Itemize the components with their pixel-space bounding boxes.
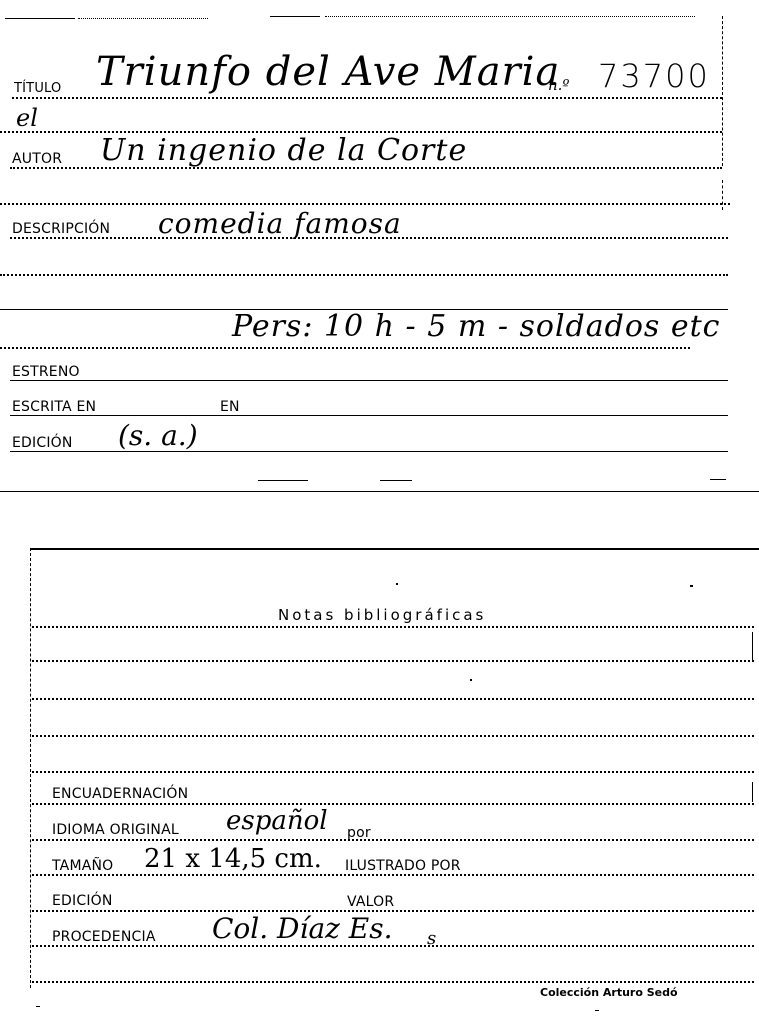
tamano-label: Tamaño bbox=[52, 859, 113, 873]
titulo-line bbox=[12, 97, 722, 99]
notas-line bbox=[32, 626, 754, 628]
notas-line bbox=[32, 698, 754, 700]
scan-speck bbox=[690, 585, 693, 587]
por-label: por bbox=[347, 826, 371, 840]
edicion-line bbox=[10, 451, 728, 452]
card-top-border bbox=[325, 16, 695, 17]
descripcion-extra-line[interactable]: Pers: 10 h - 5 m - soldados etc bbox=[232, 312, 720, 342]
encuadernacion-line bbox=[32, 803, 754, 805]
idioma-original-label: Idioma original bbox=[52, 823, 179, 837]
autor-value[interactable]: Un ingenio de la Corte bbox=[100, 136, 467, 166]
titulo-value[interactable]: Triunfo del Ave Maria bbox=[96, 52, 560, 92]
tamano-line bbox=[32, 874, 754, 876]
procedencia-value[interactable]: Col. Díaz Es. bbox=[212, 915, 393, 943]
card-top-border bbox=[78, 18, 208, 19]
collection-footer: Colección Arturo Sedó bbox=[540, 986, 678, 999]
titulo-number-prefix: n.º bbox=[548, 78, 569, 93]
card-top-border bbox=[30, 548, 759, 550]
scan-speck bbox=[36, 1006, 40, 1007]
procedencia-label: Procedencia bbox=[52, 930, 156, 944]
edicion-valor-line bbox=[32, 910, 754, 912]
notas-line bbox=[32, 735, 754, 737]
estreno-line bbox=[10, 380, 728, 381]
notas-line bbox=[32, 771, 754, 773]
notas-title: Notas bibliográficas bbox=[278, 606, 486, 624]
scan-mark bbox=[258, 480, 308, 481]
tamano-value[interactable]: 21 x 14,5 cm. bbox=[144, 846, 322, 872]
card-top-border bbox=[5, 18, 75, 19]
titulo-number[interactable]: 73700 bbox=[598, 60, 710, 92]
estreno-label: Estreno bbox=[12, 365, 80, 379]
idioma-line bbox=[32, 839, 754, 841]
en-label: En bbox=[220, 400, 240, 414]
scan-speck bbox=[396, 583, 398, 585]
valor-label: Valor bbox=[347, 895, 394, 909]
idioma-original-value[interactable]: español bbox=[226, 808, 328, 834]
procedencia-line bbox=[32, 945, 754, 947]
scan-speck bbox=[470, 679, 472, 681]
descripcion-label: Descripción bbox=[12, 222, 110, 236]
lower-edicion-label: Edición bbox=[52, 894, 113, 908]
titulo-label: Título bbox=[14, 82, 61, 95]
card-left-border bbox=[30, 548, 31, 988]
scan-speck bbox=[595, 1010, 599, 1011]
descripcion-line bbox=[10, 237, 728, 239]
edicion-value[interactable]: (s. a.) bbox=[118, 422, 198, 450]
ilustrado-por-label: Ilustrado por bbox=[345, 859, 461, 873]
escrita-en-label: Escrita en bbox=[12, 400, 96, 414]
descripcion-extra-underline bbox=[0, 347, 690, 349]
card-right-border bbox=[722, 16, 723, 166]
encuadernacion-label: Encuadernación bbox=[52, 787, 188, 801]
scan-mark bbox=[710, 479, 726, 480]
autor-line bbox=[10, 167, 722, 169]
titulo-continuation[interactable]: el bbox=[16, 106, 38, 130]
card-right-border bbox=[752, 632, 753, 660]
card-bottom-border bbox=[0, 491, 759, 492]
notas-line bbox=[32, 660, 754, 662]
descripcion-value[interactable]: comedia famosa bbox=[158, 210, 402, 238]
card-top-border bbox=[270, 16, 320, 17]
card-right-border bbox=[752, 782, 753, 802]
autor-label: Autor bbox=[12, 152, 62, 166]
blank-line bbox=[0, 203, 730, 205]
blank-line bbox=[0, 274, 728, 276]
escrita-en-line bbox=[10, 415, 728, 416]
bottom-line bbox=[32, 981, 754, 983]
card-right-border bbox=[722, 180, 723, 210]
scan-mark bbox=[380, 480, 412, 481]
edicion-label: Edición bbox=[12, 436, 73, 450]
